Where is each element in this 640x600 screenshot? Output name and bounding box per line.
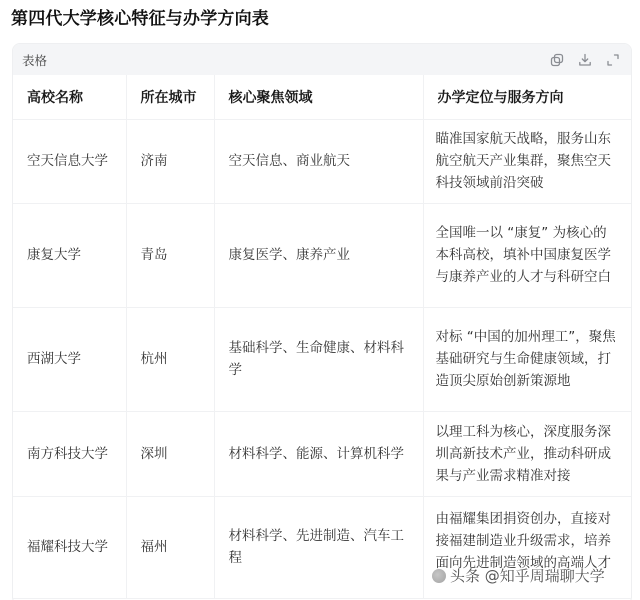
header-city: 所在城市: [126, 75, 214, 119]
cell-focus-areas: 康复医学、康养产业: [214, 203, 423, 307]
table-card-label: 表格: [22, 51, 47, 69]
expand-icon: [606, 53, 620, 67]
cell-university-name: 康复大学: [13, 203, 126, 307]
download-button[interactable]: [577, 52, 593, 68]
cell-university-name: 福耀科技大学: [13, 496, 126, 598]
university-table: 高校名称 所在城市 核心聚焦领域 办学定位与服务方向 空天信息大学 济南 空天信…: [13, 75, 631, 599]
table-header-row: 高校名称 所在城市 核心聚焦领域 办学定位与服务方向: [13, 75, 631, 119]
cell-positioning-text: 由福耀集团捐资创办，直接对接福建制造业升级需求，培养面向先进制造领域的高端人才: [436, 508, 618, 574]
cell-positioning: 全国唯一以 “康复” 为核心的本科高校，填补中国康复医学与康养产业的人才与科研空…: [423, 203, 631, 307]
table-row: 康复大学 青岛 康复医学、康养产业 全国唯一以 “康复” 为核心的本科高校，填补…: [13, 203, 631, 307]
cell-city: 济南: [126, 119, 214, 203]
cell-city: 青岛: [126, 203, 214, 307]
table-row: 福耀科技大学 福州 材料科学、先进制造、汽车工程 由福耀集团捐资创办，直接对接福…: [13, 496, 631, 598]
table-row: 南方科技大学 深圳 材料科学、能源、计算机科学 以理工科为核心，深度服务深圳高新…: [13, 411, 631, 496]
download-icon: [578, 53, 592, 67]
copy-button[interactable]: [549, 52, 565, 68]
cell-positioning: 对标 “中国的加州理工”，聚焦基础研究与生命健康领域，打造顶尖原始创新策源地: [423, 307, 631, 411]
page-title: 第四代大学核心特征与办学方向表: [11, 7, 269, 31]
cell-positioning: 由福耀集团捐资创办，直接对接福建制造业升级需求，培养面向先进制造领域的高端人才: [423, 496, 631, 598]
cell-university-name: 南方科技大学: [13, 411, 126, 496]
table-row: 西湖大学 杭州 基础科学、生命健康、材料科学 对标 “中国的加州理工”，聚焦基础…: [13, 307, 631, 411]
table-toolbar: [549, 52, 621, 68]
cell-city: 深圳: [126, 411, 214, 496]
cell-positioning: 以理工科为核心，深度服务深圳高新技术产业，推动科研成果与产业需求精准对接: [423, 411, 631, 496]
cell-positioning: 瞄准国家航天战略，服务山东航空航天产业集群，聚焦空天科技领域前沿突破: [423, 119, 631, 203]
table-card-header: 表格: [13, 44, 631, 75]
cell-city: 福州: [126, 496, 214, 598]
header-university-name: 高校名称: [13, 75, 126, 119]
cell-focus-areas: 空天信息、商业航天: [214, 119, 423, 203]
table-card: 表格: [12, 43, 632, 600]
header-positioning: 办学定位与服务方向: [423, 75, 631, 119]
cell-focus-areas: 材料科学、先进制造、汽车工程: [214, 496, 423, 598]
header-focus-areas: 核心聚焦领域: [214, 75, 423, 119]
copy-icon: [550, 53, 564, 67]
table-row: 空天信息大学 济南 空天信息、商业航天 瞄准国家航天战略，服务山东航空航天产业集…: [13, 119, 631, 203]
cell-university-name: 西湖大学: [13, 307, 126, 411]
cell-focus-areas: 基础科学、生命健康、材料科学: [214, 307, 423, 411]
cell-focus-areas: 材料科学、能源、计算机科学: [214, 411, 423, 496]
cell-university-name: 空天信息大学: [13, 119, 126, 203]
expand-button[interactable]: [605, 52, 621, 68]
cell-city: 杭州: [126, 307, 214, 411]
